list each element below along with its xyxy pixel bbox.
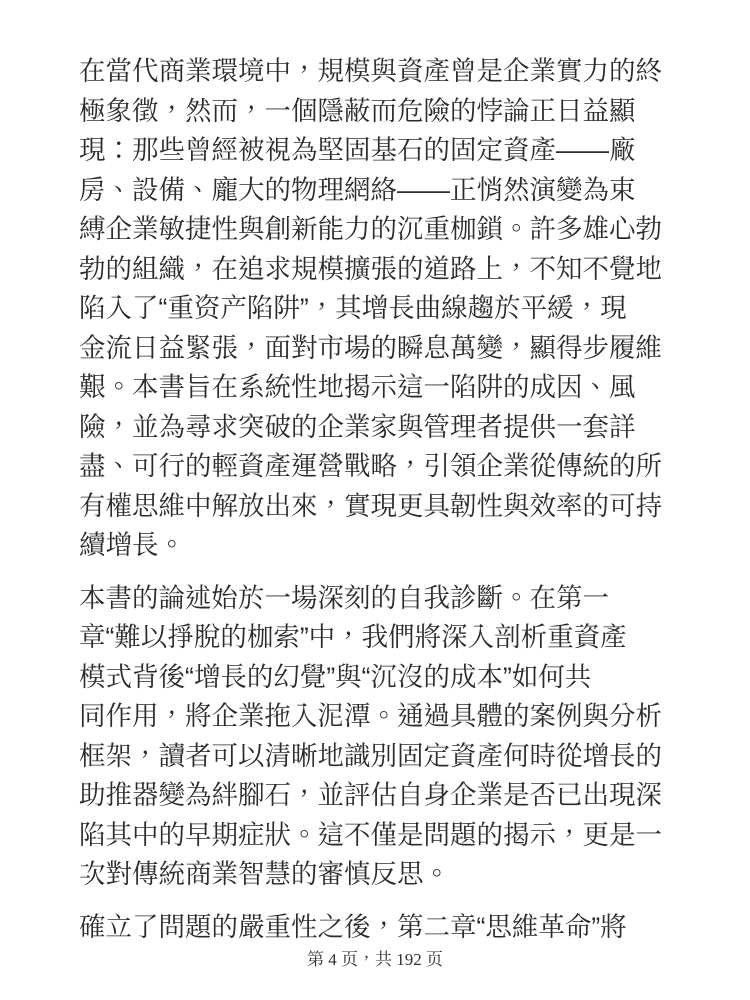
text-line: 險，並為尋求突破的企業家與管理者提供一套詳 [79,408,679,448]
paragraph: 在當代商業環境中，規模與資產曾是企業實力的終極象徵，然而，一個隱蔽而危險的悖論正… [79,52,679,566]
text-line: 章“難以掙脫的枷索”中，我們將深入剖析重資產 [79,618,679,658]
paragraph: 本書的論述始於一場深刻的自我診斷。在第一章“難以掙脫的枷索”中，我們將深入剖析重… [79,579,679,895]
text-line: 框架，讀者可以清晰地識別固定資產何時從增長的 [79,737,679,777]
page-body: 在當代商業環境中，規模與資產曾是企業實力的終極象徵，然而，一個隱蔽而危險的悖論正… [79,52,679,960]
text-line: 模式背後“增長的幻覺”與“沉沒的成本”如何共 [79,658,679,698]
text-line: 助推器變為絆腳石，並評估自身企業是否已出現深 [79,776,679,816]
text-line: 續增長。 [79,526,679,566]
text-line: 陷入了“重资产陷阱”，其增長曲線趨於平緩，現 [79,289,679,329]
document-page: 在當代商業環境中，規模與資產曾是企業實力的終極象徵，然而，一個隱蔽而危險的悖論正… [0,0,750,1000]
text-line: 有權思維中解放出來，實現更具韌性與效率的可持 [79,487,679,527]
text-line: 確立了問題的嚴重性之後，第二章“思維革命”將 [79,908,679,948]
text-line: 陷其中的早期症狀。這不僅是問題的揭示，更是一 [79,816,679,856]
text-line: 現：那些曾經被視為堅固基石的固定資產——廠 [79,131,679,171]
text-line: 縛企業敏捷性與創新能力的沉重枷鎖。許多雄心勃 [79,210,679,250]
text-line: 本書的論述始於一場深刻的自我診斷。在第一 [79,579,679,619]
text-line: 盡、可行的輕資產運營戰略，引領企業從傳統的所 [79,447,679,487]
text-line: 金流日益緊張，面對市場的瞬息萬變，顯得步履維 [79,329,679,369]
text-line: 同作用，將企業拖入泥潭。通過具體的案例與分析 [79,697,679,737]
page-number-indicator: 第 4 页，共 192 页 [0,950,750,970]
text-line: 極象徵，然而，一個隱蔽而危險的悖論正日益顯 [79,92,679,132]
text-line: 勃的組織，在追求規模擴張的道路上，不知不覺地 [79,250,679,290]
text-line: 在當代商業環境中，規模與資產曾是企業實力的終 [79,52,679,92]
text-line: 房、設備、龐大的物理網絡——正悄然演變為束 [79,171,679,211]
text-line: 艱。本書旨在系統性地揭示這一陷阱的成因、風 [79,368,679,408]
text-line: 次對傳統商業智慧的審慎反思。 [79,855,679,895]
paragraph: 確立了問題的嚴重性之後，第二章“思維革命”將 [79,908,679,948]
